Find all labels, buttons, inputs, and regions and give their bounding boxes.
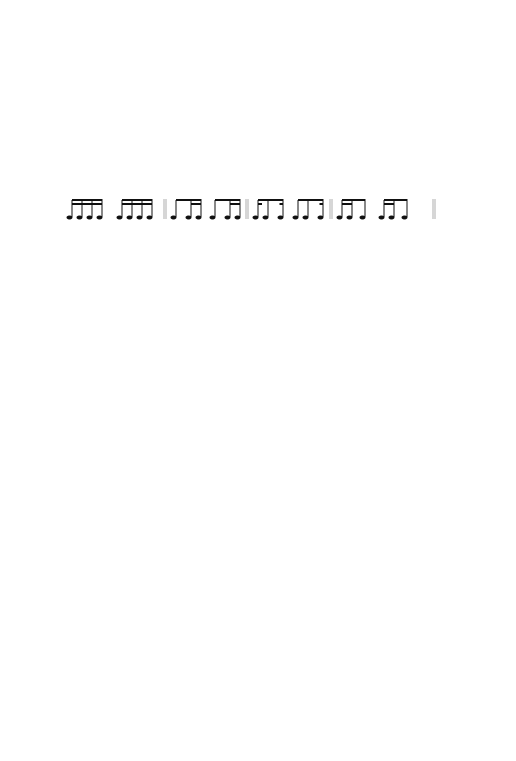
rhythm-b-group-2 xyxy=(210,199,241,220)
rhythm-a-group-1 xyxy=(67,199,103,220)
rhythm-a-group-2 xyxy=(117,199,153,220)
rhythm-notation xyxy=(66,193,446,223)
rhythm-c-group-1 xyxy=(253,199,284,220)
rhythm-b-group-1 xyxy=(171,199,202,220)
rhythm-c-group-2 xyxy=(293,199,324,220)
rhythm-d-group-1 xyxy=(337,199,366,220)
rhythm-d-group-2 xyxy=(379,199,408,220)
